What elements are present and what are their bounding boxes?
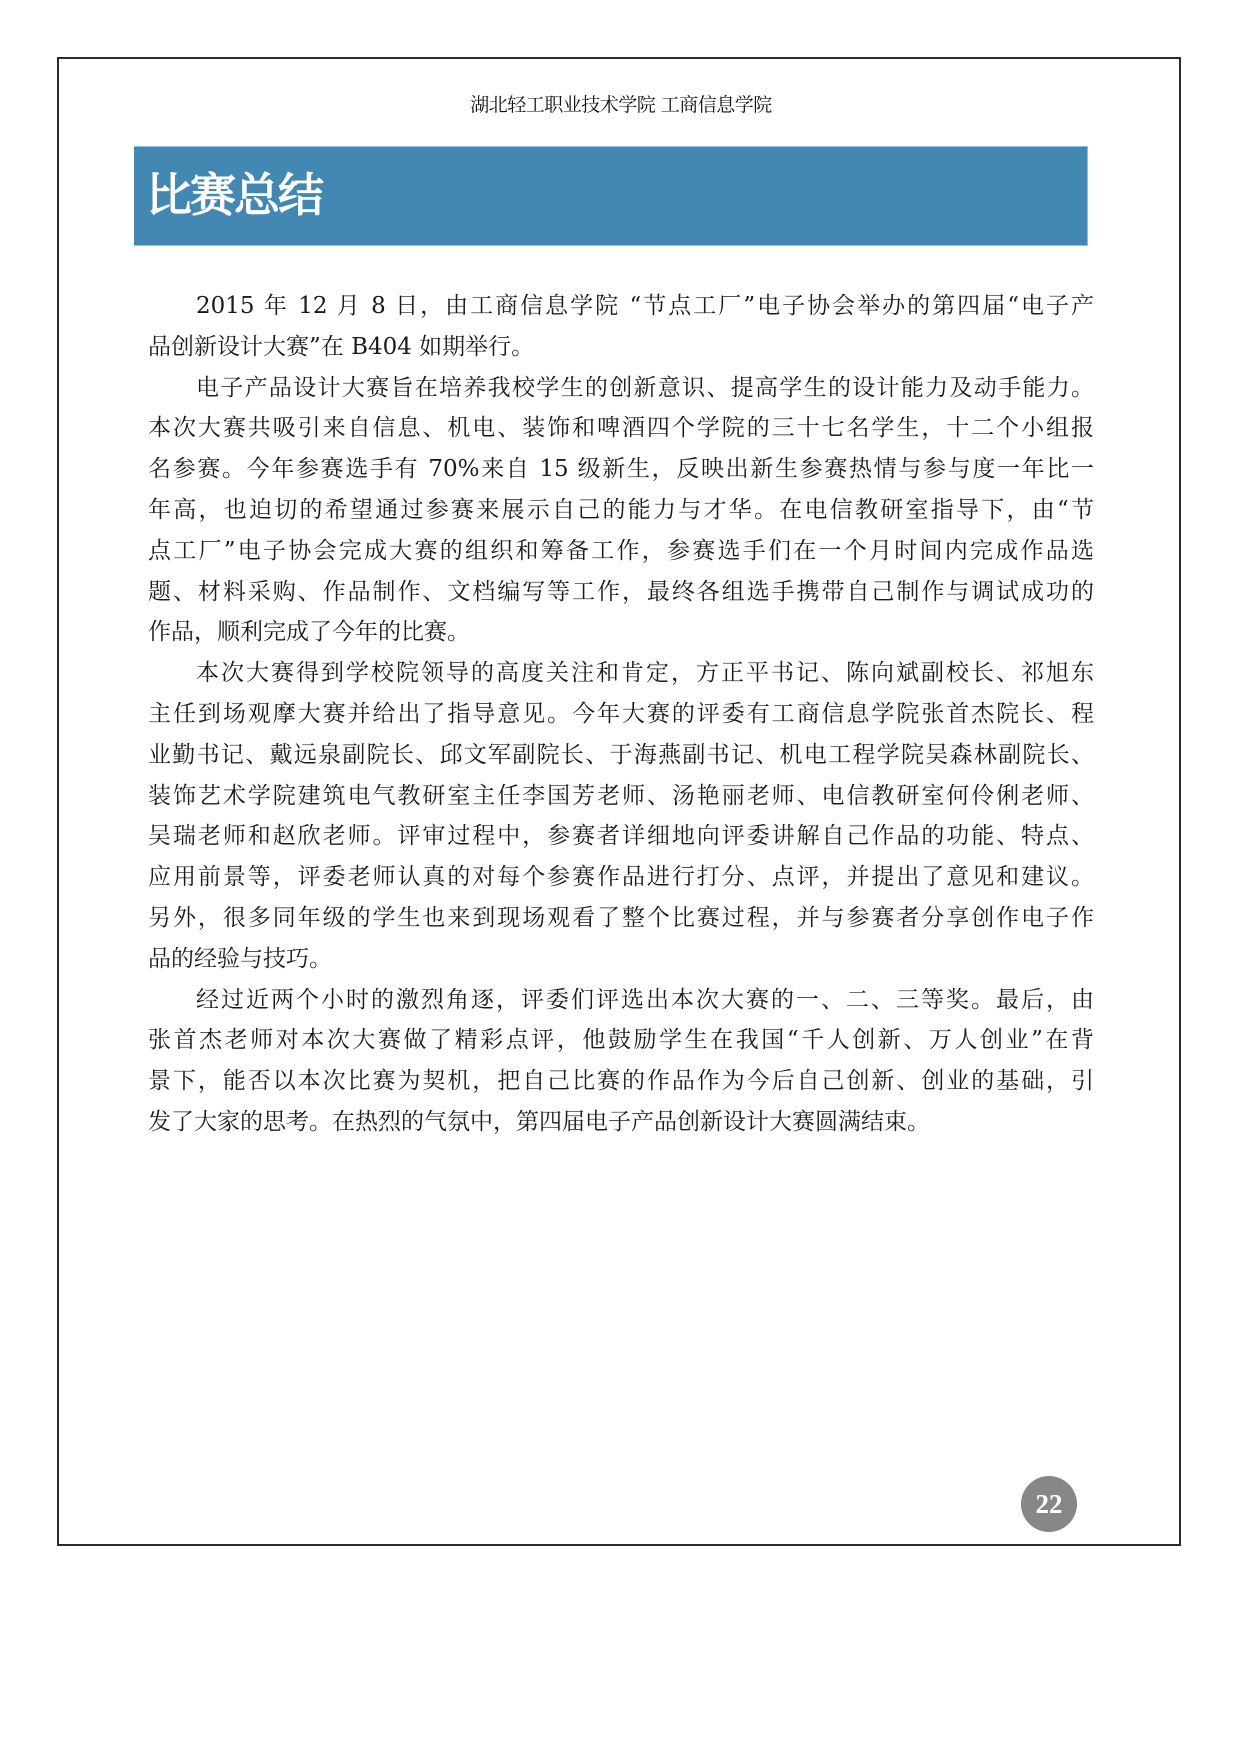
text-line: 2015 年 12 月 8 日，由工商信息学院 “节点工厂”电子协会举办的第四届… (148, 286, 1094, 327)
running-header: 湖北轻工职业技术学院 工商信息学院 (0, 90, 1242, 117)
text-line: 业勤书记、戴远泉副院长、邱文军副院长、于海燕副书记、机电工程学院吴森林副院长、 (148, 735, 1094, 776)
text-line: 发了大家的思考。在热烈的气氛中，第四届电子产品创新设计大赛圆满结束。 (148, 1102, 1094, 1143)
article-body: 2015 年 12 月 8 日，由工商信息学院 “节点工厂”电子协会举办的第四届… (148, 286, 1094, 1143)
title-banner: 比赛总结 (134, 146, 1088, 246)
text-line: 张首杰老师对本次大赛做了精彩点评，他鼓励学生在我国“千人创新、万人创业”在背 (148, 1020, 1094, 1061)
text-line: 另外，很多同年级的学生也来到现场观看了整个比赛过程，并与参赛者分享创作电子作 (148, 898, 1094, 939)
text-line: 品创新设计大赛”在 B404 如期举行。 (148, 327, 1094, 368)
text-line: 品的经验与技巧。 (148, 939, 1094, 980)
text-line: 吴瑞老师和赵欣老师。评审过程中，参赛者详细地向评委讲解自己作品的功能、特点、 (148, 816, 1094, 857)
text-line: 装饰艺术学院建筑电气教研室主任李国芳老师、汤艳丽老师、电信教研室何伶俐老师、 (148, 776, 1094, 817)
text-line: 主任到场观摩大赛并给出了指导意见。今年大赛的评委有工商信息学院张首杰院长、程 (148, 694, 1094, 735)
text-line: 应用前景等，评委老师认真的对每个参赛作品进行打分、点评，并提出了意见和建议。 (148, 857, 1094, 898)
page-title: 比赛总结 (146, 165, 322, 225)
text-line: 作品，顺利完成了今年的比赛。 (148, 612, 1094, 653)
text-line: 经过近两个小时的激烈角逐，评委们评选出本次大赛的一、二、三等奖。最后，由 (148, 980, 1094, 1021)
text-line: 年高，也迫切的希望通过参赛来展示自己的能力与才华。在电信教研室指导下，由“节 (148, 490, 1094, 531)
text-line: 题、材料采购、作品制作、文档编写等工作，最终各组选手携带自己制作与调试成功的 (148, 572, 1094, 613)
text-line: 本次大赛得到学校院领导的高度关注和肯定，方正平书记、陈向斌副校长、祁旭东 (148, 653, 1094, 694)
text-line: 景下，能否以本次比赛为契机，把自己比赛的作品作为今后自己创新、创业的基础，引 (148, 1061, 1094, 1102)
text-line: 电子产品设计大赛旨在培养我校学生的创新意识、提高学生的设计能力及动手能力。 (148, 368, 1094, 409)
text-line: 本次大赛共吸引来自信息、机电、装饰和啤酒四个学院的三十七名学生，十二个小组报 (148, 408, 1094, 449)
page-number-badge: 22 (1021, 1476, 1077, 1532)
text-line: 点工厂”电子协会完成大赛的组织和筹备工作，参赛选手们在一个月时间内完成作品选 (148, 531, 1094, 572)
text-line: 名参赛。今年参赛选手有 70%来自 15 级新生，反映出新生参赛热情与参与度一年… (148, 449, 1094, 490)
